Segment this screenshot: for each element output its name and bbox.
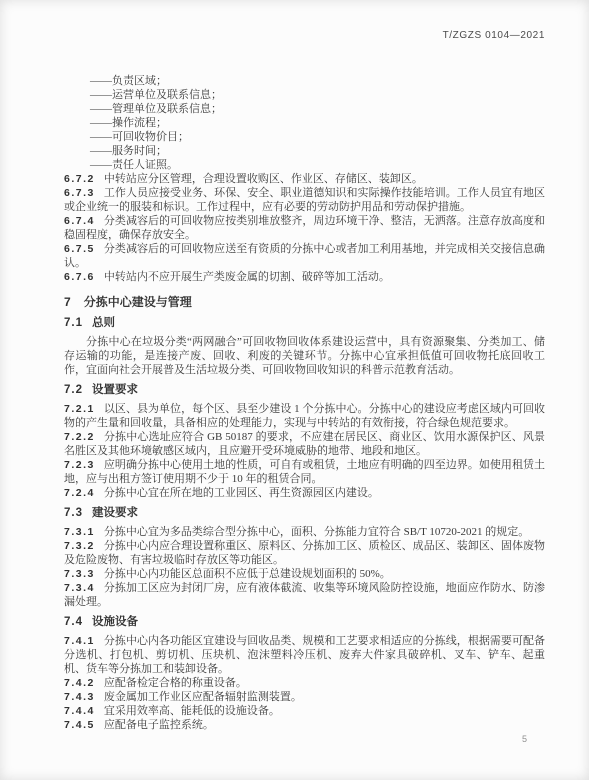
clause: 7.3.4分拣加工区应为封闭厂房，应有液体截流、收集等环境风险防控设施，地面应作…: [64, 581, 545, 609]
clause: 7.2.3应明确分拣中心使用土地的性质，可自有或租赁，土地应有明确的四至边界。如…: [64, 458, 545, 486]
section-title: 总则: [92, 317, 115, 329]
section-heading: 7.2设置要求: [64, 383, 545, 398]
clause-text: 分类减容后的可回收物应送至有资质的分拣中心或者加工利用基地，并完成相关交接信息确…: [64, 243, 545, 269]
clause: 6.7.3工作人员应接受业务、环保、安全、职业道德知识和实际操作技能培训。工作人…: [64, 186, 545, 214]
standard-number: T/ZGZS 0104—2021: [443, 30, 545, 41]
clause-number: 7.4.2: [64, 677, 95, 689]
dash-list-item: ——可回收物价目；: [64, 130, 545, 144]
section-title: 设施设备: [92, 616, 138, 628]
clause-number: 6.7.3: [64, 187, 95, 199]
document-page: T/ZGZS 0104—2021 ——负责区域； ——运营单位及联系信息； ——…: [0, 0, 589, 780]
clause-text: 废金属加工作业区应配备辐射监测装置。: [104, 691, 302, 703]
clause: 7.3.3分拣中心内功能区总面积不应低于总建设规划面积的 50%。: [64, 567, 545, 581]
clause-number: 7.2.1: [64, 403, 95, 415]
clause: 7.3.1分拣中心宜为多品类综合型分拣中心，面积、分拣能力宜符合 SB/T 10…: [64, 525, 545, 539]
section-heading: 7.1总则: [64, 316, 545, 331]
clause-text: 分拣加工区应为封闭厂房，应有液体截流、收集等环境风险防控设施，地面应作防水、防渗…: [64, 582, 545, 608]
clause-text: 分拣中心宜为多品类综合型分拣中心，面积、分拣能力宜符合 SB/T 10720-2…: [104, 526, 529, 538]
section-number: 7.1: [64, 317, 83, 329]
clause-text: 应配备检定合格的称重设备。: [104, 677, 247, 689]
clause-text: 宜采用效率高、能耗低的设施设备。: [104, 705, 280, 717]
dash-list-item: ——服务时间；: [64, 144, 545, 158]
clause-number: 7.3.4: [64, 582, 95, 594]
clause-number: 7.3.2: [64, 540, 95, 552]
document-body: ——负责区域； ——运营单位及联系信息； ——管理单位及联系信息； ——操作流程…: [64, 74, 545, 732]
section-heading: 7.4设施设备: [64, 615, 545, 630]
section-number: 7.4: [64, 616, 83, 628]
clause-number: 7.4.4: [64, 705, 95, 717]
clause: 7.2.2分拣中心选址应符合 GB 50187 的要求，不应建在居民区、商业区、…: [64, 430, 545, 458]
dash-list-item: ——操作流程；: [64, 116, 545, 130]
clause-number: 7.4.1: [64, 635, 95, 647]
clause-text: 分拣中心内功能区总面积不应低于总建设规划面积的 50%。: [104, 568, 391, 580]
section-number: 7.2: [64, 384, 83, 396]
dash-list-item: ——管理单位及联系信息；: [64, 102, 545, 116]
clause: 6.7.4分类减容后的可回收物应按类别堆放整齐，周边环境干净、整洁，无洒落。注意…: [64, 214, 545, 242]
clause-number: 6.7.5: [64, 243, 95, 255]
clause-number: 7.2.3: [64, 459, 95, 471]
clause-number: 6.7.6: [64, 271, 95, 283]
clause-text: 应明确分拣中心使用土地的性质，可自有或租赁，土地应有明确的四至边界。如使用租赁土…: [64, 459, 545, 485]
clause: 7.4.5应配备电子监控系统。: [64, 718, 545, 732]
dash-list-item: ——责任人证照。: [64, 158, 545, 172]
clause: 7.3.2分拣中心内应合理设置称重区、原料区、分拣加工区、质检区、成品区、装卸区…: [64, 539, 545, 567]
body-paragraph: 分拣中心在垃圾分类“两网融合”可回收物回收体系建设运营中，具有资源聚集、分类加工…: [64, 335, 545, 377]
page-number: 5: [522, 734, 527, 744]
clause-text: 工作人员应接受业务、环保、安全、职业道德知识和实际操作技能培训。工作人员宜有地区…: [64, 187, 545, 213]
clause-number: 7.4.5: [64, 719, 95, 731]
clause: 7.4.1分拣中心内各功能区宜建设与回收品类、规模和工艺要求相适应的分拣线，根据…: [64, 634, 545, 676]
clause-text: 分拣中心内各功能区宜建设与回收品类、规模和工艺要求相适应的分拣线，根据需要可配备…: [64, 635, 545, 675]
clause-number: 7.2.2: [64, 431, 95, 443]
clause-number: 6.7.4: [64, 215, 95, 227]
clause-text: 中转站内不应开展生产类废金属的切割、破碎等加工活动。: [104, 271, 390, 283]
clause: 6.7.6中转站内不应开展生产类废金属的切割、破碎等加工活动。: [64, 270, 545, 284]
clause-number: 7.4.3: [64, 691, 95, 703]
chapter-heading: 7分拣中心建设与管理: [64, 294, 545, 310]
clause-number: 7.3.1: [64, 526, 95, 538]
section-title: 设置要求: [92, 384, 138, 396]
clause-text: 分拣中心宜在所在地的工业园区、再生资源园区内建设。: [104, 487, 379, 499]
clause: 7.2.1以区、县为单位，每个区、县至少建设 1 个分拣中心。分拣中心的建设应考…: [64, 402, 545, 430]
clause-text: 以区、县为单位，每个区、县至少建设 1 个分拣中心。分拣中心的建设应考虑区域内可…: [64, 403, 545, 429]
clause-text: 分类减容后的可回收物应按类别堆放整齐，周边环境干净、整洁，无洒落。注意存放高度和…: [64, 215, 545, 241]
clause: 7.2.4分拣中心宜在所在地的工业园区、再生资源园区内建设。: [64, 486, 545, 500]
dash-list-item: ——负责区域；: [64, 74, 545, 88]
section-number: 7.3: [64, 507, 83, 519]
clause-number: 7.2.4: [64, 487, 95, 499]
page-footer: 5: [522, 734, 527, 744]
chapter-number: 7: [64, 295, 71, 309]
clause: 6.7.5分类减容后的可回收物应送至有资质的分拣中心或者加工利用基地，并完成相关…: [64, 242, 545, 270]
clause-text: 中转站应分区管理，合理设置收购区、作业区、存储区、装卸区。: [104, 173, 423, 185]
clause: 6.7.2中转站应分区管理，合理设置收购区、作业区、存储区、装卸区。: [64, 172, 545, 186]
section-heading: 7.3建设要求: [64, 506, 545, 521]
dash-list-item: ——运营单位及联系信息；: [64, 88, 545, 102]
clause: 7.4.2应配备检定合格的称重设备。: [64, 676, 545, 690]
clause: 7.4.4宜采用效率高、能耗低的设施设备。: [64, 704, 545, 718]
clause-text: 应配备电子监控系统。: [104, 719, 214, 731]
section-title: 建设要求: [92, 507, 138, 519]
clause-number: 6.7.2: [64, 173, 95, 185]
clause-text: 分拣中心内应合理设置称重区、原料区、分拣加工区、质检区、成品区、装卸区、固体废物…: [64, 540, 545, 566]
chapter-title: 分拣中心建设与管理: [84, 295, 192, 309]
clause-number: 7.3.3: [64, 568, 95, 580]
clause-text: 分拣中心选址应符合 GB 50187 的要求，不应建在居民区、商业区、饮用水源保…: [64, 431, 545, 457]
page-header: T/ZGZS 0104—2021: [443, 30, 545, 41]
clause: 7.4.3废金属加工作业区应配备辐射监测装置。: [64, 690, 545, 704]
